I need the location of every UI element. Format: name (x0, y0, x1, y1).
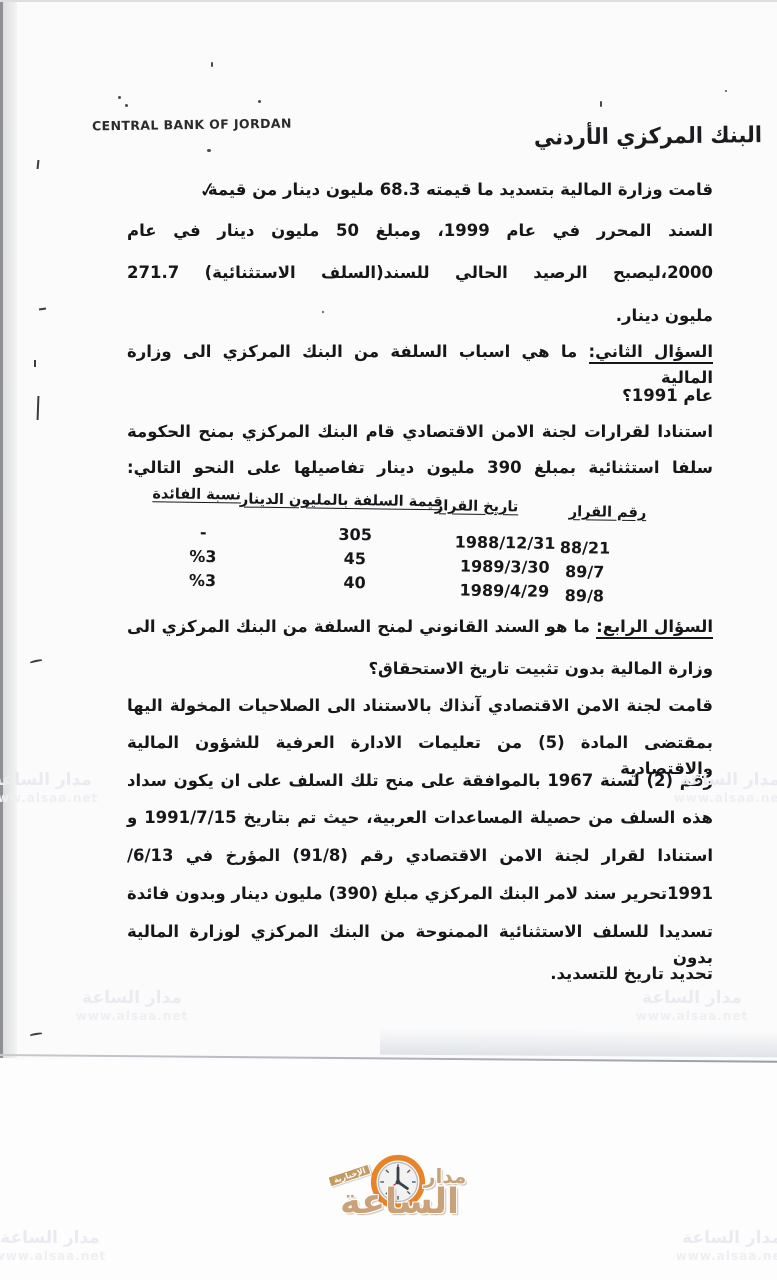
ink-speck (118, 96, 121, 99)
table-cell-amount: 40 (304, 572, 404, 592)
table-cell-interest-rate: %3 (153, 546, 253, 566)
paragraph-line: تحديد تاريخ للتسديد. (127, 961, 713, 987)
watermark-url: www.alsaa.net (650, 791, 777, 806)
paragraph-line: استنادا لقرارات لجنة الامن الاقتصادي قام… (127, 419, 713, 445)
pen-mark (34, 360, 36, 367)
table-cell-amount: 45 (305, 548, 405, 568)
table-cell-interest-rate: - (153, 522, 253, 542)
madar-alsaa-logo: الإخبارية مدار الساعة (322, 1152, 492, 1232)
question-four-label: السؤال الرابع: (596, 617, 713, 639)
central-bank-latin-title: CENTRAL BANK OF JORDAN (92, 116, 292, 134)
paragraph-line: استنادا لقرار لجنة الامن الاقتصادي رقم (… (127, 843, 713, 869)
left-edge-shadow (3, 0, 17, 1058)
paragraph-line: 1991تحرير سند لامر البنك المركزي مبلغ (3… (127, 881, 713, 907)
watermark-name: مدار الساعة (52, 988, 212, 1009)
question-four-title-line2: وزارة المالية بدون تثبيت تاريخ الاستحقاق… (127, 656, 713, 682)
table-header-decision-no: رقم القرار (555, 504, 659, 521)
table-cell-decision-date: 1988/12/31 (453, 532, 557, 552)
question-four-heading: السؤال الرابع: ما هو السند القانوني لمنح… (127, 614, 713, 640)
watermark-name: مدار الساعة (652, 1228, 777, 1249)
watermark-url: www.alsaa.net (612, 1009, 772, 1024)
table-cell-decision-date: 1989/3/30 (453, 556, 557, 576)
paragraph-line: مليون دينار. (127, 303, 713, 329)
watermark-url: www.alsaa.net (0, 1249, 130, 1264)
paragraph-line: رقم (2) لسنة 1967 بالموافقة على منح تلك … (127, 768, 713, 794)
ink-speck (258, 100, 261, 103)
paragraph-line: هذه السلف من حصيلة المساعدات العربية، حي… (127, 805, 713, 831)
table-cell-decision-date: 1989/4/29 (452, 580, 556, 600)
advances-table: رقم القرار تاريخ القرار قيمة السلفة بالم… (126, 490, 714, 610)
ink-speck (600, 101, 602, 107)
watermark: مدار الساعة www.alsaa.net (0, 1228, 130, 1264)
ink-speck (725, 90, 727, 92)
watermark-name: مدار الساعة (612, 988, 772, 1009)
watermark-url: www.alsaa.net (52, 1009, 212, 1024)
paragraph-line: السند المحرر في عام 1999، ومبلغ 50 مليون… (127, 218, 713, 244)
ink-speck (207, 149, 211, 152)
question-four-title: ما هو السند القانوني لمنح السلفة من البن… (127, 617, 596, 636)
paragraph-line: سلفا استثنائية بمبلغ 390 مليون دينار تفا… (127, 455, 713, 481)
table-cell-amount: 305 (305, 524, 405, 544)
scanned-document: CENTRAL BANK OF JORDAN البنك المركزي الأ… (0, 0, 777, 1280)
table-header-interest-rate: نسبة الفائدة (145, 486, 249, 503)
top-edge-line (0, 0, 777, 2)
watermark-url: www.alsaa.net (652, 1249, 777, 1264)
watermark-url: www.alsaa.net (0, 791, 122, 806)
watermark: مدار الساعة www.alsaa.net (612, 988, 772, 1024)
ink-speck (125, 104, 128, 107)
watermark-name: مدار الساعة (0, 770, 122, 791)
watermark: مدار الساعة www.alsaa.net (0, 770, 122, 806)
watermark-name: مدار الساعة (650, 770, 777, 791)
central-bank-arabic-logo: البنك المركزي الأردني (533, 122, 763, 150)
watermark-name: مدار الساعة (0, 1228, 130, 1249)
page-bottom-shadow (380, 1029, 777, 1058)
paragraph-line: قامت لجنة الامن الاقتصادي آنذاك بالاستنا… (127, 693, 713, 719)
paragraph-line: قامت وزارة المالية بتسديد ما قيمته 68.3 … (127, 177, 713, 203)
ink-speck (211, 62, 213, 67)
watermark: مدار الساعة www.alsaa.net (52, 988, 212, 1024)
paragraph-line: 2000،ليصبح الرصيد الحالي للسند(السلف الا… (127, 260, 713, 286)
question-two-label: السؤال الثاني: (589, 342, 713, 364)
watermark: مدار الساعة www.alsaa.net (652, 1228, 777, 1264)
left-edge-line (0, 0, 3, 1058)
logo-word-alsaa: الساعة (340, 1182, 459, 1222)
question-two-title-line2: عام 1991؟ (127, 383, 713, 409)
table-cell-interest-rate: %3 (152, 570, 252, 590)
watermark: مدار الساعة www.alsaa.net (650, 770, 777, 806)
table-header-amount: قيمة السلفة بالمليون الدينار (273, 492, 443, 510)
